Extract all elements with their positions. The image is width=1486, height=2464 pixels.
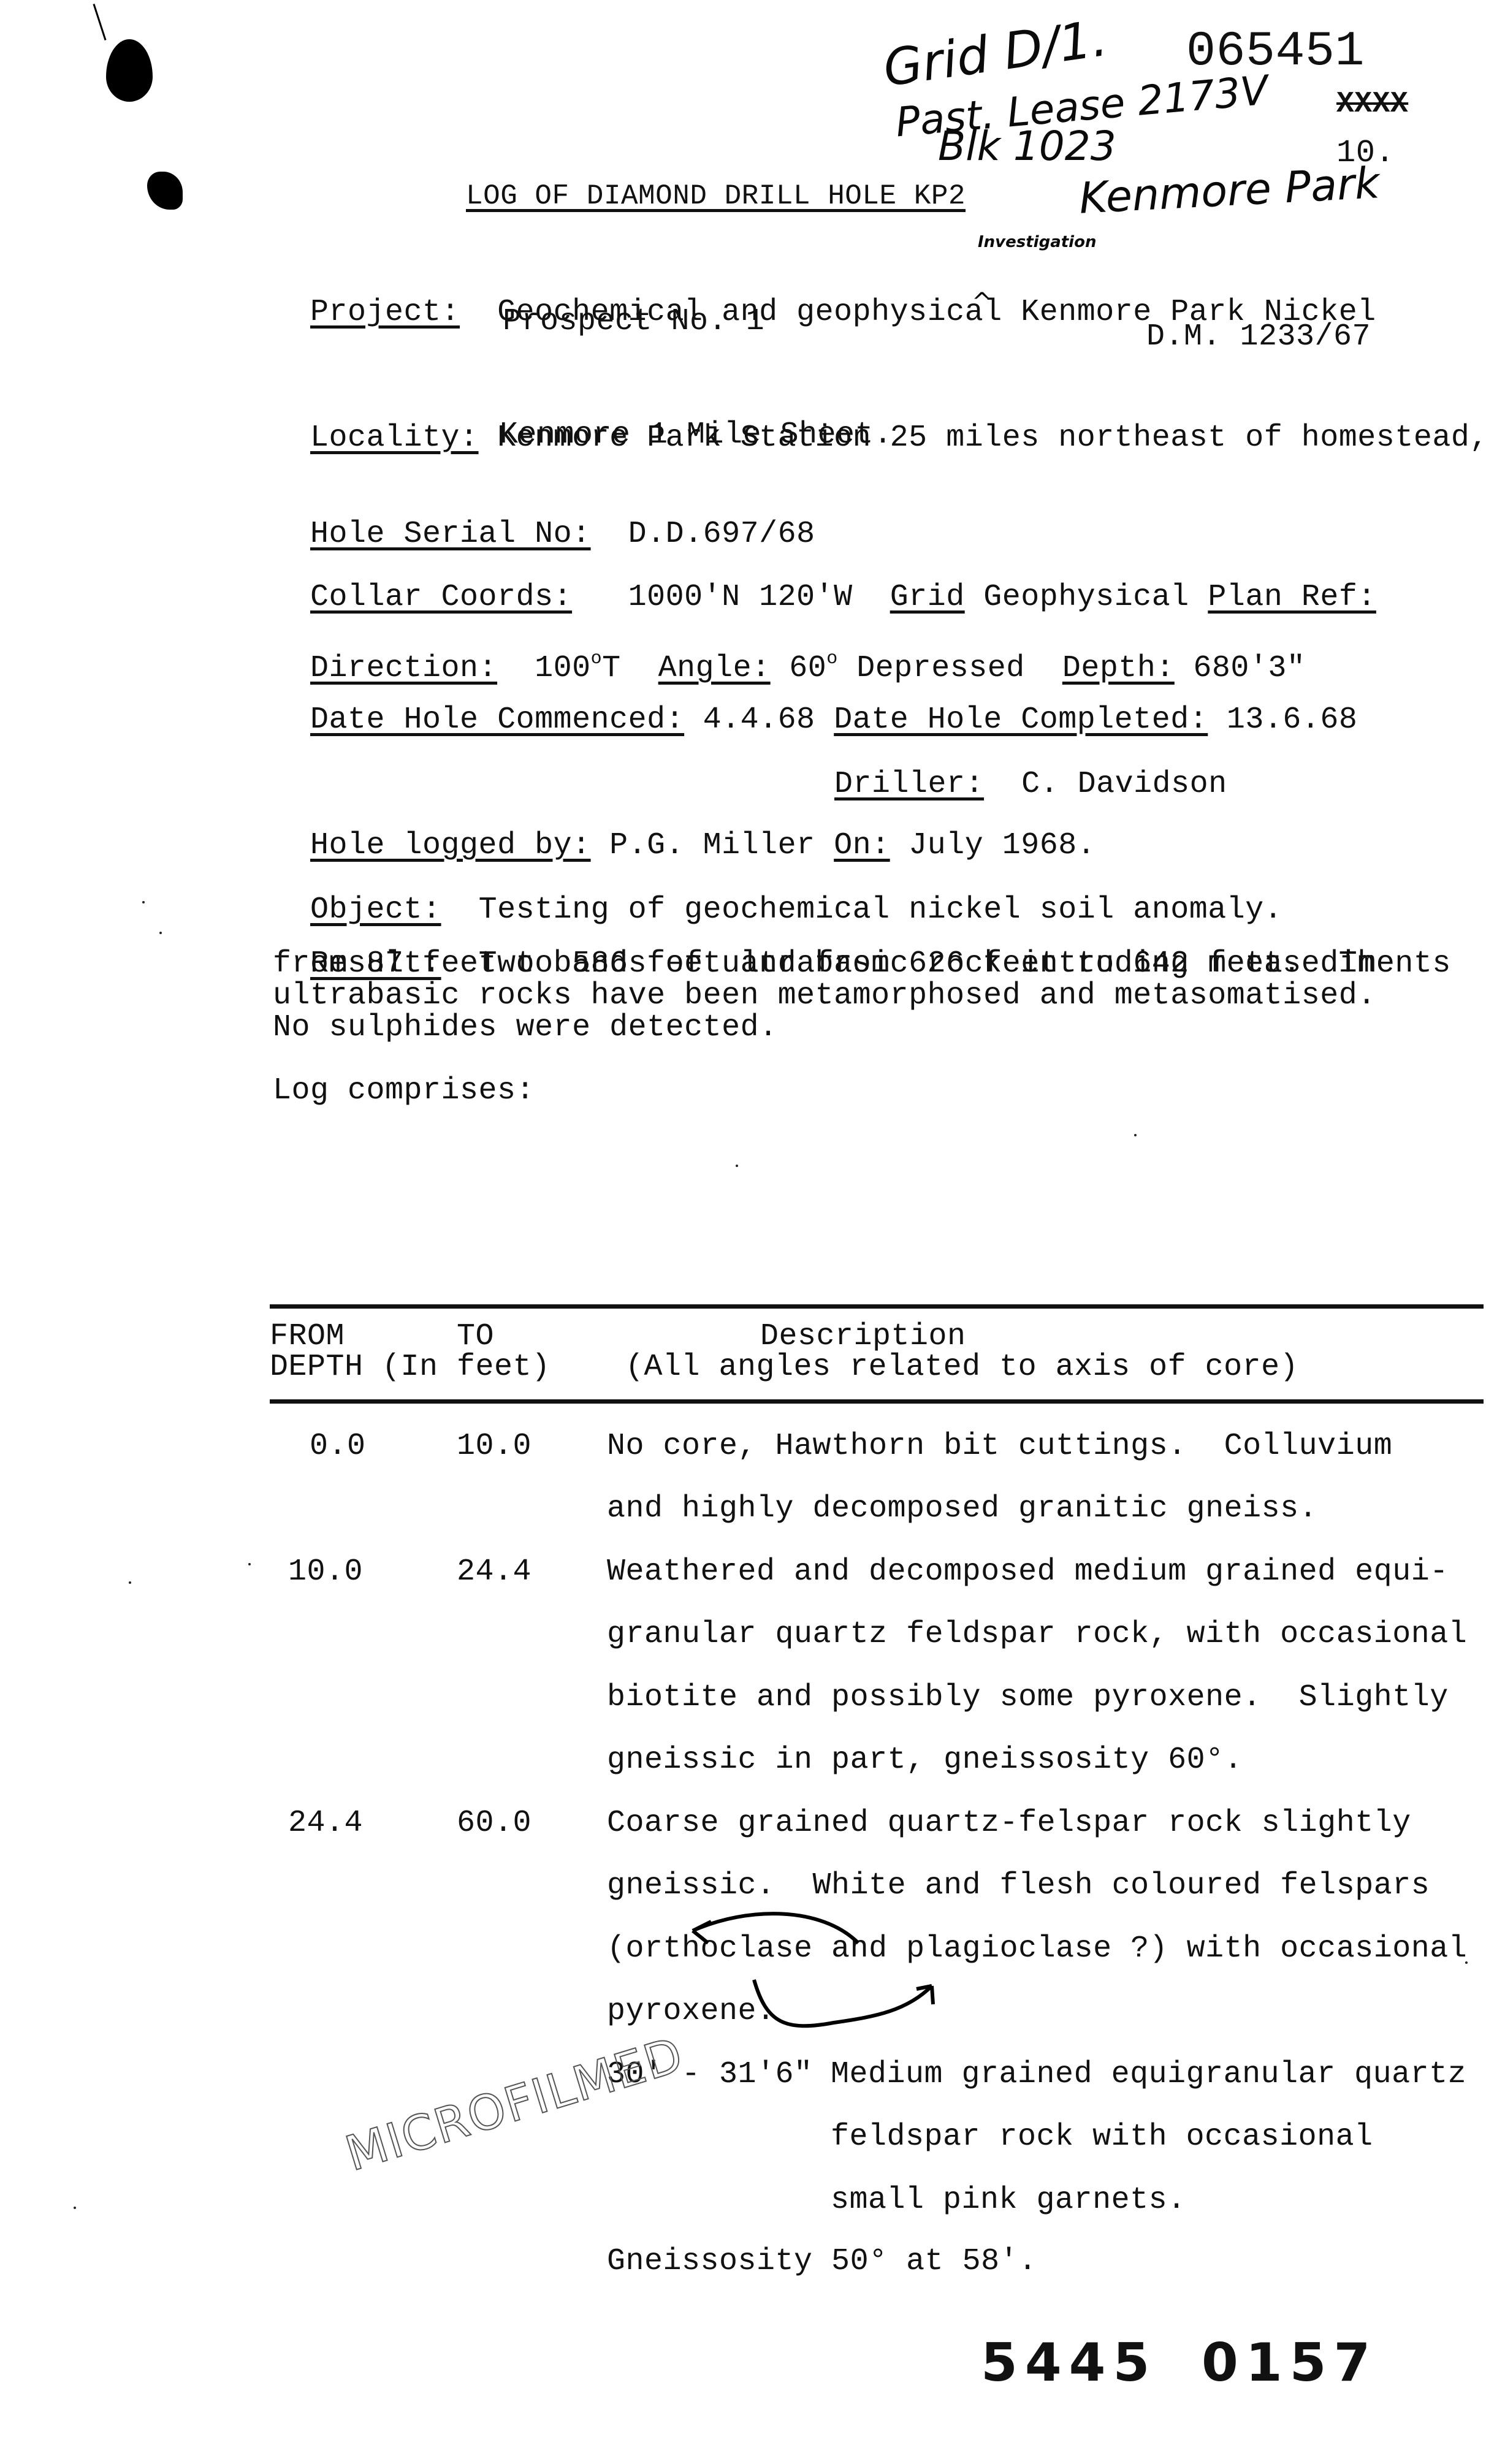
result-line-4: No sulphides were detected.: [273, 1012, 778, 1044]
scan-speck: [142, 901, 145, 903]
row-2-from: 10.0: [288, 1554, 363, 1591]
log-comprises: Log comprises:: [273, 1073, 535, 1109]
row-1-desc-1: No core, Hawthorn bit cuttings. Colluviu…: [607, 1428, 1392, 1465]
table-top-rule: [270, 1304, 1484, 1309]
scan-speck: [248, 1563, 251, 1565]
row-2-desc-3: biotite and possibly some pyroxene. Slig…: [607, 1679, 1449, 1716]
completed-value: 13.6.68: [1227, 702, 1358, 737]
sub-interval-desc-2: feldspar rock with occasional: [831, 2119, 1373, 2156]
ink-blot-top: [106, 39, 153, 102]
handwritten-block-ref: Blk 1023: [938, 123, 1116, 170]
row-1-desc-2: and highly decomposed granitic gneiss.: [607, 1491, 1317, 1527]
scan-speck: [1134, 1134, 1137, 1136]
row-3-note: Gneissosity 50° at 58'.: [607, 2243, 1037, 2280]
handwritten-swap-arrow: [674, 1906, 1018, 2047]
microfilmed-stamp: MICROFILMED: [340, 2027, 690, 2182]
serial-line: Hole Serial No: D.D.697/68: [273, 479, 815, 553]
header-from: FROM: [270, 1321, 345, 1353]
dates-line: Date Hole Commenced: 4.4.68 Date Hole Co…: [273, 665, 1357, 739]
header-description-note: (All angles related to axis of core): [625, 1352, 1298, 1383]
film-number-b: 0157: [1202, 2332, 1377, 2394]
project-line-2: Prospect No. 1: [503, 303, 764, 340]
struck-code: XXXX: [1336, 86, 1408, 123]
insert-caret: ^: [972, 288, 993, 316]
handwritten-insert: Investigation: [978, 233, 1096, 251]
row-1-from: 0.0: [310, 1428, 366, 1465]
sub-interval-desc-1: Medium grained equigranular quartz: [831, 2056, 1466, 2093]
locality-line-2: Kenmore 1 Mile Sheet.: [500, 417, 893, 454]
film-number-a: 5445: [981, 2332, 1157, 2394]
sub-interval-desc-3: small pink garnets.: [831, 2182, 1186, 2219]
project-label: Project:: [310, 295, 460, 330]
logged-line: Hole logged by: P.G. Miller On: July 196…: [273, 791, 1095, 864]
row-3-to: 60.0: [457, 1805, 532, 1842]
row-2-to: 24.4: [457, 1554, 532, 1591]
dm-reference: D.M. 1233/67: [1146, 319, 1371, 356]
locality-label: Locality:: [310, 420, 479, 455]
row-1-to: 10.0: [457, 1428, 532, 1465]
header-description: Description: [760, 1321, 966, 1353]
scan-speck: [1465, 1961, 1468, 1964]
result-line-2: from 87 feet to 586 feet and from 626 fe…: [273, 948, 1395, 980]
scan-speck: [736, 1165, 738, 1167]
commenced-label: Date Hole Commenced:: [310, 702, 684, 737]
ink-blot-bird: [147, 172, 183, 210]
handwritten-location: Kenmore Park: [1078, 158, 1381, 224]
header-to: TO: [457, 1321, 494, 1353]
row-2-desc-4: gneissic in part, gneissosity 60°.: [607, 1742, 1243, 1779]
scan-speck: [129, 1581, 131, 1584]
row-2-desc-2: granular quartz feldspar rock, with occa…: [607, 1616, 1467, 1653]
header-depth: DEPTH (In feet): [270, 1352, 551, 1383]
row-2-desc-1: Weathered and decomposed medium grained …: [607, 1554, 1449, 1591]
result-line-3: ultrabasic rocks have been metamorphosed…: [273, 980, 1376, 1012]
row-3-desc-2: gneissic. White and flesh coloured felsp…: [607, 1868, 1430, 1904]
scan-speck: [74, 2207, 76, 2209]
row-3-desc-1: Coarse grained quartz-felspar rock sligh…: [607, 1805, 1411, 1842]
row-3-from: 24.4: [288, 1805, 363, 1842]
page-title: LOG OF DIAMOND DRILL HOLE KP2: [466, 178, 966, 215]
scan-speck: [159, 932, 162, 934]
table-header-rule: [270, 1399, 1484, 1404]
ink-drip-line: [93, 4, 106, 40]
